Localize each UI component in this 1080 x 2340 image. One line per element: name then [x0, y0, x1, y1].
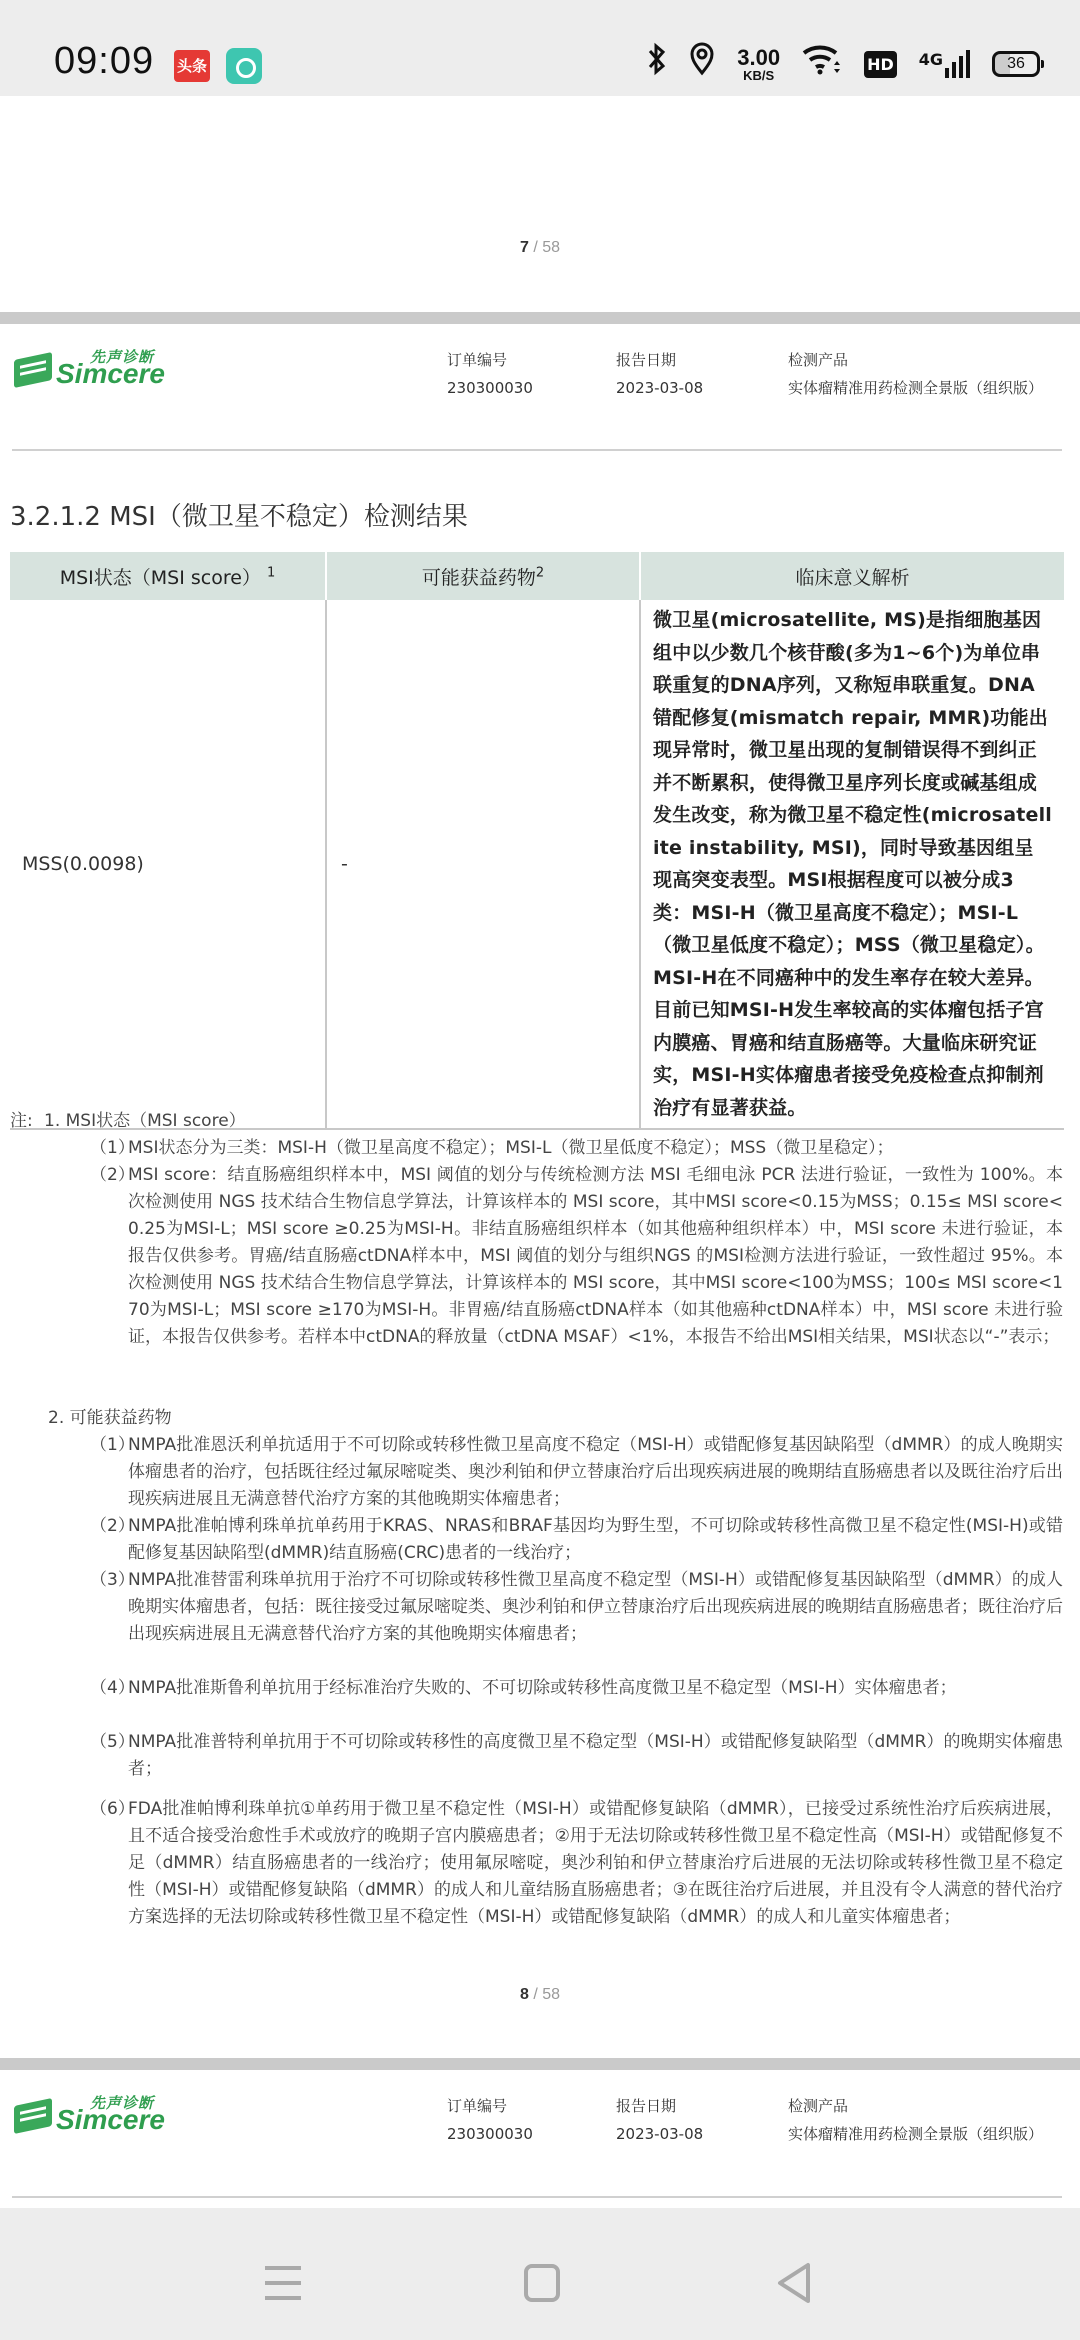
toutiao-app-icon: 头条	[174, 50, 210, 82]
clock: 09:09	[54, 40, 154, 83]
header-divider	[12, 449, 1062, 451]
note-2-3-text: NMPA批准替雷利珠单抗用于治疗不可切除或转移性微卫星高度不稳定型（MSI-H）…	[128, 1567, 1063, 1648]
simcere-logo: 先声诊断 Simcere	[14, 346, 174, 386]
drugs-cell: -	[326, 600, 640, 1129]
status-bar: 09:09 头条 3.00 KB/S HD 4G 36	[0, 0, 1080, 96]
hd-voice-icon: HD	[864, 51, 897, 78]
note-2-1-text: NMPA批准恩沃利单抗适用于不可切除或转移性微卫星高度不稳定（MSI-H）或错配…	[128, 1432, 1063, 1513]
section-title: 3.2.1.2 MSI（微卫星不稳定）检测结果	[10, 496, 468, 533]
network-speed: 3.00 KB/S	[737, 47, 780, 82]
report-date: 报告日期 2023-03-08	[616, 2092, 703, 2148]
battery-icon: 36	[992, 51, 1040, 77]
logo-flag-icon	[14, 352, 52, 388]
note-1-title: 1. MSI状态（MSI score）	[44, 1108, 246, 1135]
msi-status-cell: MSS(0.0098)	[10, 600, 326, 1129]
order-number: 订单编号 230300030	[447, 2092, 533, 2148]
clinical-significance-cell: 微卫星(microsatellite, MS)是指细胞基因组中以少数几个核苷酸(…	[640, 600, 1064, 1129]
back-icon[interactable]	[776, 2262, 812, 2304]
table-row: MSS(0.0098) - 微卫星(microsatellite, MS)是指细…	[10, 600, 1064, 1129]
system-nav-bar	[0, 2208, 1080, 2340]
report-header: 先声诊断 Simcere 订单编号 230300030 报告日期 2023-03…	[0, 332, 1080, 462]
note-2-5-text: NMPA批准普特利单抗用于不可切除或转移性的高度微卫星不稳定型（MSI-H）或错…	[128, 1729, 1063, 1783]
page-divider	[0, 312, 1080, 324]
logo-flag-icon	[14, 2098, 52, 2134]
order-number: 订单编号 230300030	[447, 346, 533, 402]
msi-result-table: MSI状态（MSI score） 1 可能获益药物2 临床意义解析 MSS(0.…	[10, 552, 1064, 1130]
wifi-icon	[802, 43, 842, 86]
header-divider	[12, 2196, 1062, 2198]
test-product: 检测产品 实体瘤精准用药检测全景版（组织版）	[788, 346, 1043, 402]
col-header-clinical: 临床意义解析	[640, 552, 1064, 600]
note-1-2-text: MSI score：结直肠癌组织样本中，MSI 阈值的划分与传统检测方法 MSI…	[128, 1162, 1063, 1351]
page-divider	[0, 2058, 1080, 2070]
bluetooth-icon	[647, 42, 667, 87]
report-header-next: 先声诊断 Simcere 订单编号 230300030 报告日期 2023-03…	[0, 2078, 1080, 2208]
page-number-7: 7 / 58	[0, 239, 1080, 257]
menu-icon[interactable]	[265, 2266, 301, 2300]
note-2-title: 2. 可能获益药物	[48, 1405, 172, 1432]
note-2-6-text: FDA批准帕博利珠单抗①单药用于微卫星不稳定性（MSI-H）或错配修复缺陷（dM…	[128, 1796, 1063, 1931]
music-app-icon	[226, 48, 262, 84]
notes-prefix: 注:	[10, 1108, 33, 1135]
pdf-page-7: 7 / 58	[0, 96, 1080, 312]
location-icon	[689, 42, 715, 87]
signal-4g-icon: 4G	[919, 50, 970, 78]
page-number-8: 8 / 58	[0, 1986, 1080, 2004]
status-icons: 3.00 KB/S HD 4G 36	[647, 44, 1040, 84]
test-product: 检测产品 实体瘤精准用药检测全景版（组织版）	[788, 2092, 1043, 2148]
col-header-msi-status: MSI状态（MSI score） 1	[10, 552, 326, 600]
note-2-4-text: NMPA批准斯鲁利单抗用于经标准治疗失败的、不可切除或转移性高度微卫星不稳定型（…	[128, 1675, 1063, 1702]
simcere-logo: 先声诊断 Simcere	[14, 2092, 174, 2132]
note-2-2-text: NMPA批准帕博利珠单抗单药用于KRAS、NRAS和BRAF基因均为野生型，不可…	[128, 1513, 1063, 1567]
note-1-1-text: MSI状态分为三类：MSI-H（微卫星高度不稳定）；MSI-L（微卫星低度不稳定…	[128, 1135, 1063, 1162]
home-icon[interactable]	[524, 2264, 560, 2302]
col-header-drugs: 可能获益药物2	[326, 552, 640, 600]
report-date: 报告日期 2023-03-08	[616, 346, 703, 402]
